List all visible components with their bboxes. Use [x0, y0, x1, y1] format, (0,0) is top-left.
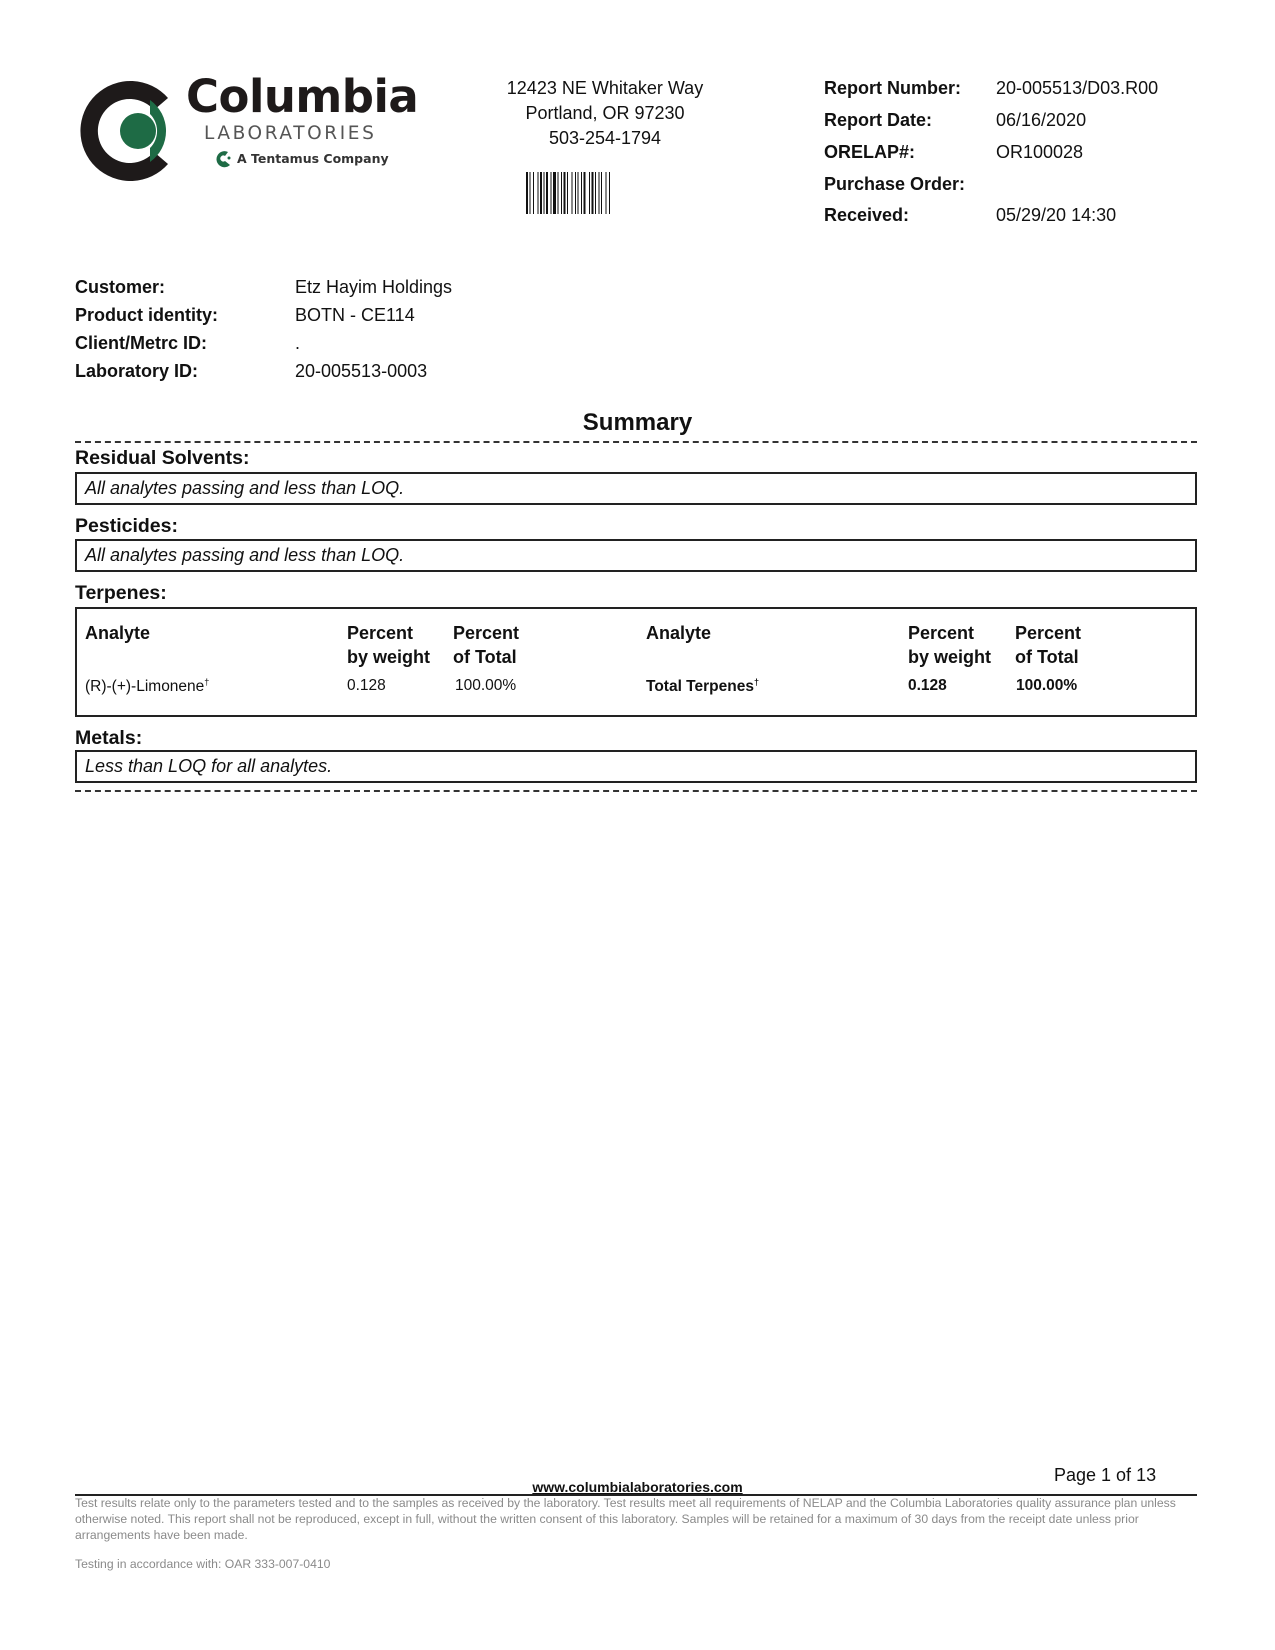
lab-tagline: A Tentamus Company: [237, 153, 389, 166]
footnote-mark: †: [204, 677, 209, 687]
product-identity-label: Product identity:: [75, 305, 218, 326]
header-text: by weight: [347, 645, 430, 669]
metals-result: Less than LOQ for all analytes.: [77, 752, 1195, 780]
header-text: Percent: [453, 621, 519, 645]
summary-title: Summary: [0, 409, 1275, 437]
footnote-mark: †: [754, 677, 759, 687]
client-metrc-id-value: .: [295, 333, 300, 354]
report-date-label: Report Date:: [824, 110, 932, 131]
tentamus-leaf-icon: [214, 149, 234, 169]
analyte-name: Total Terpenes: [646, 678, 754, 695]
report-number-value: 20-005513/D03.R00: [996, 78, 1158, 99]
orelap-value: OR100028: [996, 142, 1083, 163]
barcode-icon: [526, 172, 666, 214]
received-label: Received:: [824, 205, 909, 226]
lab-address-line1: 12423 NE Whitaker Way: [470, 76, 740, 101]
header-text: Percent: [347, 621, 430, 645]
disclaimer-text: Test results relate only to the paramete…: [75, 1495, 1200, 1543]
analyte-name: (R)-(+)-Limonene: [85, 678, 204, 695]
lab-address-line2: Portland, OR 97230: [470, 101, 740, 126]
terpene-percent-weight: 0.128: [347, 677, 386, 695]
orelap-label: ORELAP#:: [824, 142, 915, 163]
pesticides-result-box: All analytes passing and less than LOQ.: [75, 539, 1197, 572]
lab-name: Columbia: [186, 74, 418, 119]
purchase-order-label: Purchase Order:: [824, 174, 965, 195]
lab-phone: 503-254-1794: [470, 126, 740, 151]
residual-solvents-result: All analytes passing and less than LOQ.: [77, 474, 1195, 502]
metals-result-box: Less than LOQ for all analytes.: [75, 750, 1197, 783]
total-terpenes-percent-total: 100.00%: [1016, 677, 1077, 695]
total-terpenes-label: Total Terpenes†: [646, 677, 759, 696]
header-text: of Total: [1015, 645, 1081, 669]
laboratory-id-label: Laboratory ID:: [75, 361, 198, 382]
terpene-analyte: (R)-(+)-Limonene†: [85, 677, 209, 696]
client-metrc-id-label: Client/Metrc ID:: [75, 333, 207, 354]
summary-top-divider: [75, 441, 1197, 443]
website-link[interactable]: www.columbialaboratories.com: [0, 1479, 1275, 1495]
pesticides-label: Pesticides:: [75, 515, 178, 538]
header-text: Percent: [908, 621, 991, 645]
testing-accordance: Testing in accordance with: OAR 333-007-…: [75, 1557, 330, 1571]
terpene-percent-total: 100.00%: [455, 677, 516, 695]
terpenes-header-percent-total-2: Percent of Total: [1015, 621, 1081, 669]
product-identity-value: BOTN - CE114: [295, 305, 415, 326]
terpenes-header-analyte-2: Analyte: [646, 621, 711, 645]
laboratory-id-value: 20-005513-0003: [295, 361, 427, 382]
terpenes-header-percent-weight: Percent by weight: [347, 621, 430, 669]
header-text: Percent: [1015, 621, 1081, 645]
columbia-logo-icon: [76, 76, 186, 186]
customer-label: Customer:: [75, 277, 165, 298]
residual-solvents-label: Residual Solvents:: [75, 447, 249, 470]
terpenes-header-percent-total: Percent of Total: [453, 621, 519, 669]
customer-value: Etz Hayim Holdings: [295, 277, 452, 298]
lab-subtitle: LABORATORIES: [204, 125, 376, 144]
report-date-value: 06/16/2020: [996, 110, 1086, 131]
received-value: 05/29/20 14:30: [996, 205, 1116, 226]
terpenes-header-analyte: Analyte: [85, 621, 150, 645]
metals-label: Metals:: [75, 727, 142, 750]
header-text: by weight: [908, 645, 991, 669]
pesticides-result: All analytes passing and less than LOQ.: [77, 541, 1195, 569]
summary-bottom-divider: [75, 790, 1197, 792]
header-text: of Total: [453, 645, 519, 669]
terpenes-header-percent-weight-2: Percent by weight: [908, 621, 991, 669]
terpenes-table: Analyte Percent by weight Percent of Tot…: [75, 607, 1197, 717]
terpenes-label: Terpenes:: [75, 582, 167, 605]
residual-solvents-result-box: All analytes passing and less than LOQ.: [75, 472, 1197, 505]
report-number-label: Report Number:: [824, 78, 961, 99]
total-terpenes-percent-weight: 0.128: [908, 677, 947, 695]
